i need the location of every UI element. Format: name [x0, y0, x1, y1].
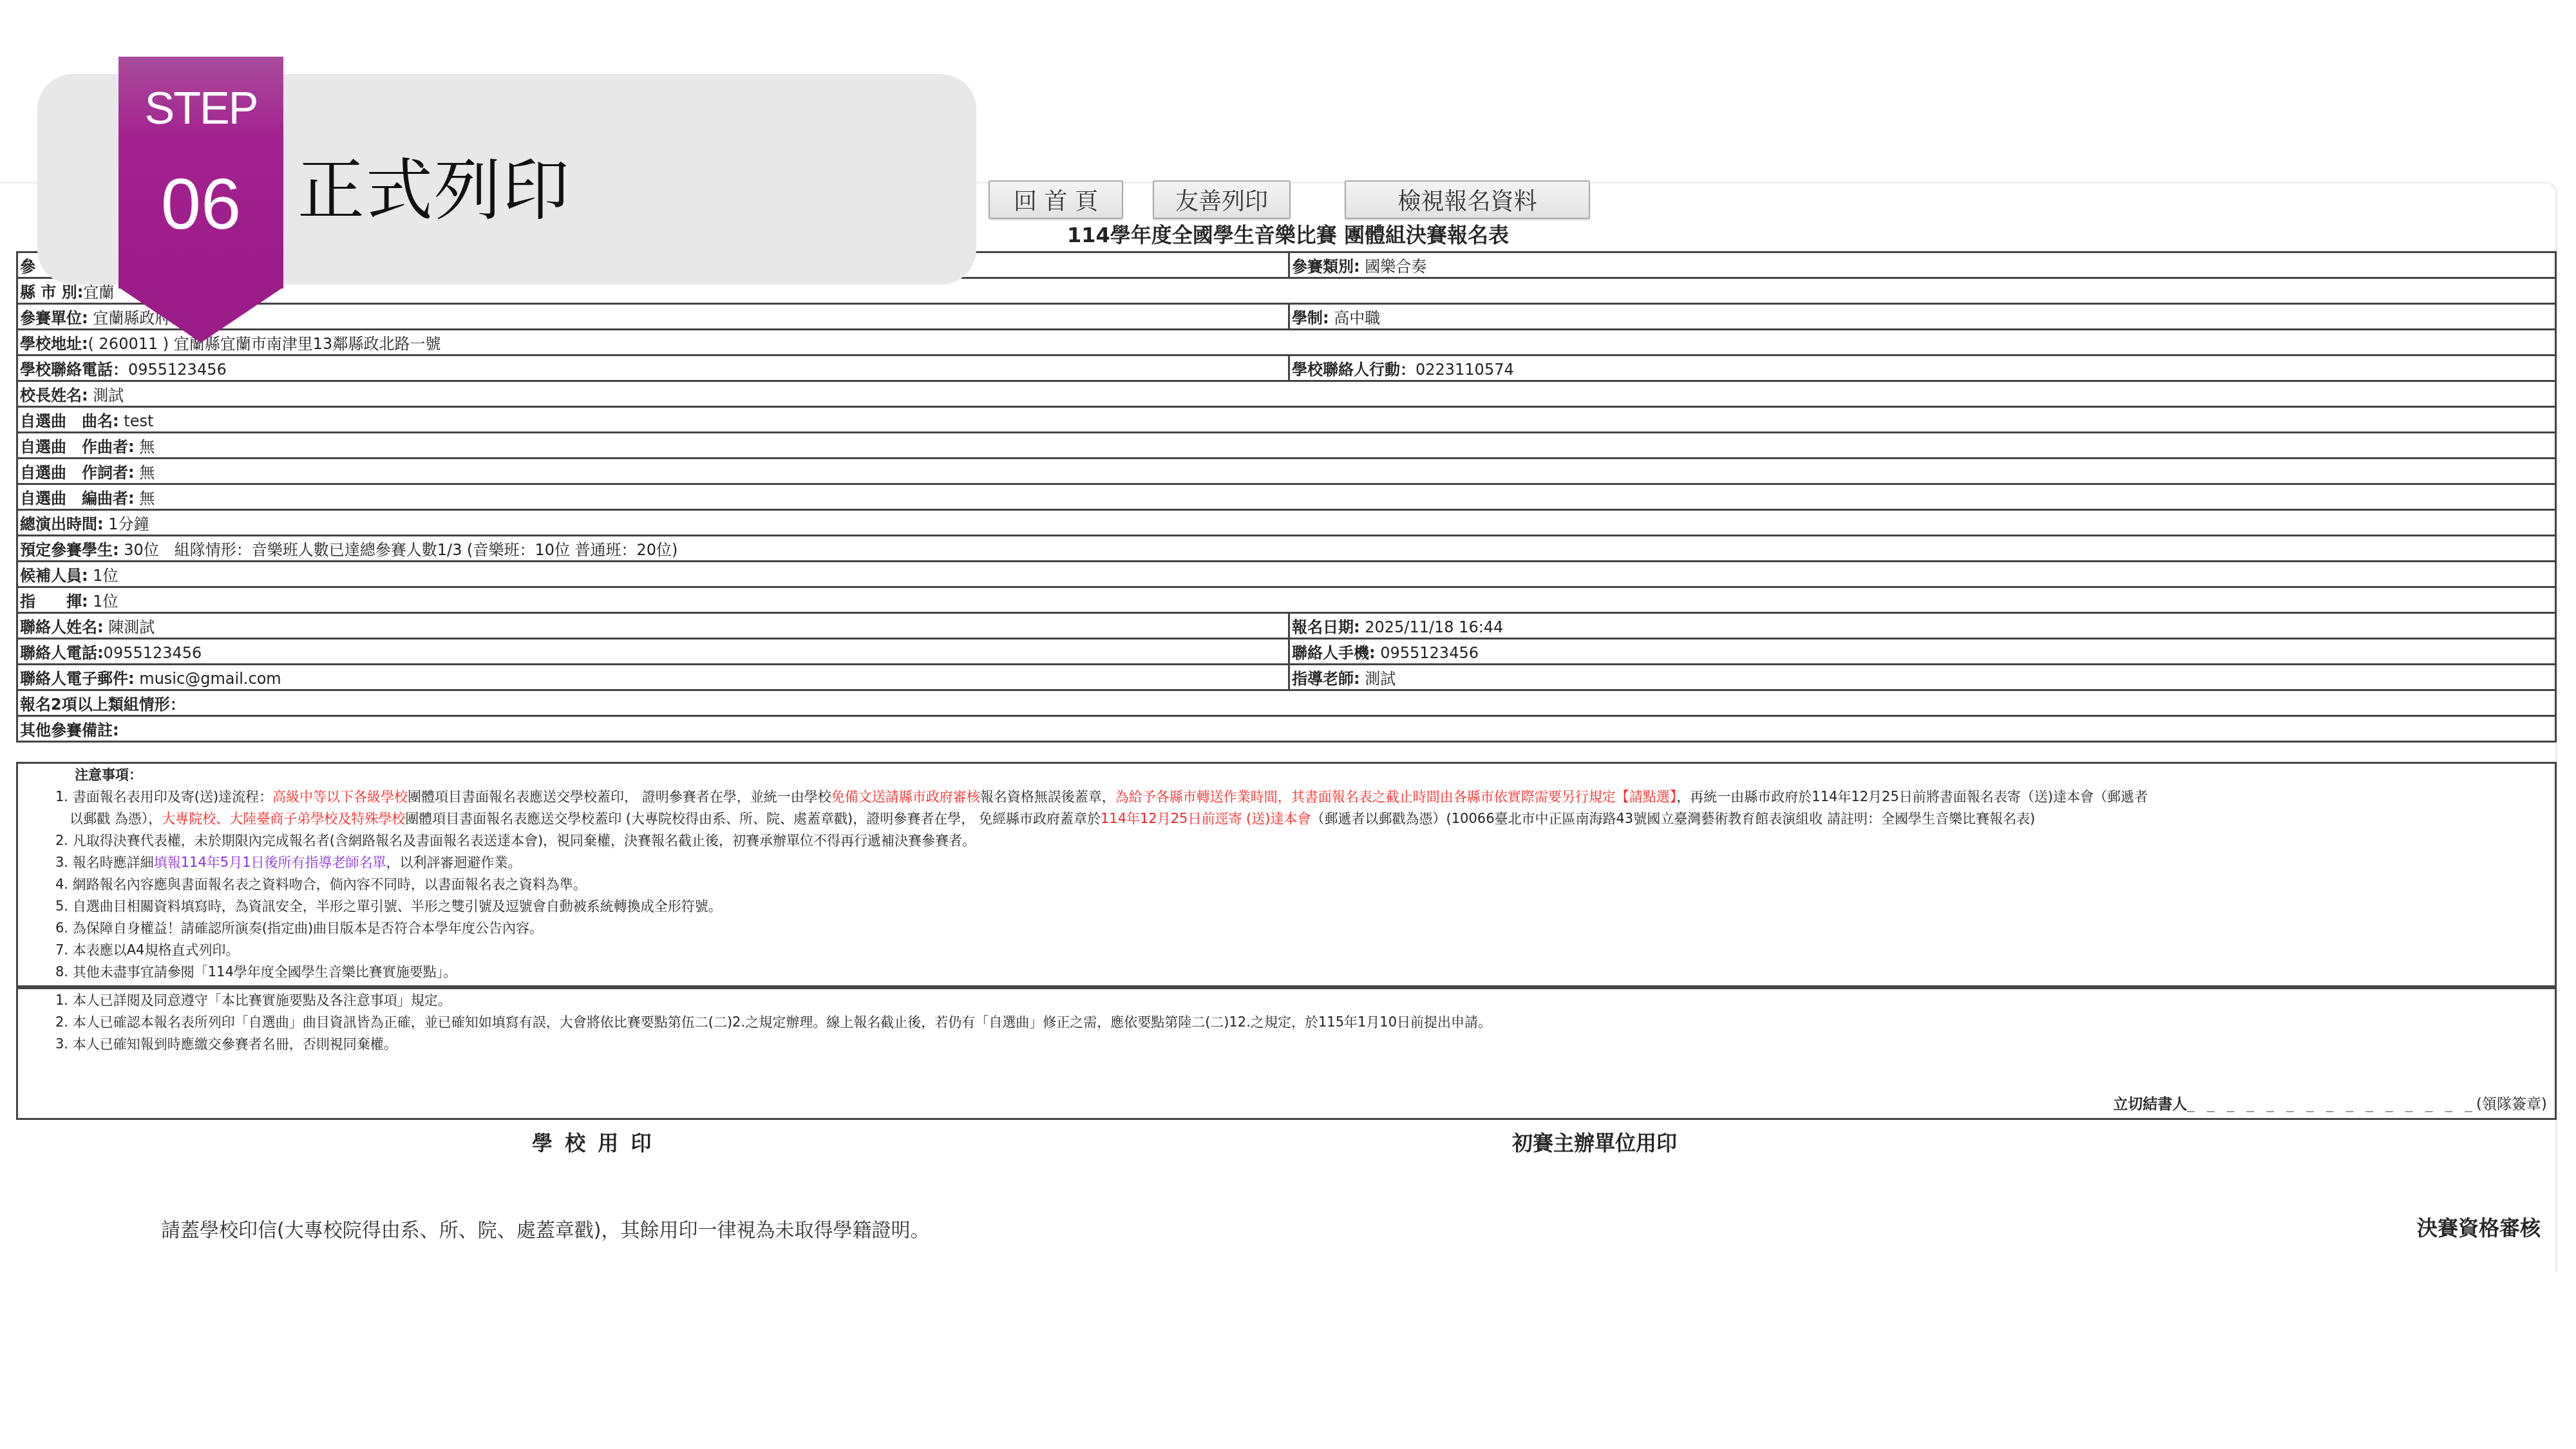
note-6: 6. 為保障自身權益！請確認所演奏(指定曲)曲目版本是否符合本學年度公告內容。	[18, 917, 2555, 939]
view-registration-button[interactable]: 檢視報名資料	[1345, 180, 1590, 219]
table-row: 自選曲 作詞者: 無	[17, 459, 2556, 484]
home-button[interactable]: 回 首 頁	[989, 180, 1123, 219]
organizer-seal-label: 初賽主辦單位用印	[1512, 1127, 1677, 1157]
pledge-3: 3. 本人已確知報到時應繳交參賽者名冊，否則視同棄權。	[18, 1033, 2555, 1055]
deadline-link[interactable]: 為給予各縣市轉送作業時間，其書面報名表之截止時間由各縣市依實際需要另行規定【請點…	[1115, 789, 1677, 804]
table-row: 聯絡人電子郵件: music@gmail.com 指導老師: 測試	[17, 665, 2556, 690]
table-row: 其他參賽備註:	[17, 716, 2556, 742]
school-seal-label: 學 校 用 印	[532, 1127, 654, 1157]
final-review-label: 決賽資格審核	[2417, 1212, 2541, 1242]
note-1-continued: 以郵戳 為憑），大專院校、大陸臺商子弟學校及特殊學校團體項目書面報名表應送交學校…	[18, 808, 2555, 829]
seal-note: 請蓋學校印信(大專校院得由系、所、院、處蓋章戳)，其餘用印一律視為未取得學籍證明…	[161, 1214, 929, 1242]
alternates-cell: 候補人員: 1位	[17, 562, 2556, 587]
note-4: 4. 網路報名內容應與書面報名表之資料吻合，倘內容不同時，以書面報名表之資料為準…	[18, 873, 2555, 895]
notes-heading: 注意事項：	[18, 764, 2555, 786]
friendly-print-button[interactable]: 友善列印	[1153, 180, 1291, 219]
note-2: 2. 凡取得決賽代表權，未於期限內完成報名者(含網路報名及書面報名表送達本會)，…	[18, 829, 2555, 851]
pledge-section: 1. 本人已詳閱及同意遵守「本比賽實施要點及各注意事項」規定。 2. 本人已確認…	[16, 985, 2557, 1120]
remarks-cell: 其他參賽備註:	[17, 716, 2556, 742]
table-row: 預定參賽學生: 30位 組隊情形：音樂班人數已達總參賽人數1/3 (音樂班：10…	[17, 536, 2556, 562]
table-row: 聯絡人姓名: 陳測試 報名日期: 2025/11/18 16:44	[17, 613, 2556, 639]
table-row: 總演出時間: 1分鐘	[17, 510, 2556, 536]
step-number: 06	[118, 162, 283, 245]
category-cell: 參賽類別: 國樂合奏	[1289, 252, 2556, 278]
step-ribbon-arrow-icon	[118, 287, 283, 343]
note-7: 7. 本表應以A4規格直式列印。	[18, 939, 2555, 961]
composer-cell: 自選曲 作曲者: 無	[17, 433, 2556, 459]
note-8: 8. 其他未盡事宜請參閱「114學年度全國學生音樂比賽實施要點」。	[18, 961, 2555, 983]
table-row: 自選曲 作曲者: 無	[17, 433, 2556, 459]
table-row: 指 揮: 1位	[17, 587, 2556, 613]
song-name-cell: 自選曲 曲名: test	[17, 407, 2556, 433]
contact-phone-cell: 聯絡人電話:0955123456	[17, 639, 1289, 665]
table-row: 校長姓名: 測試	[17, 381, 2556, 407]
table-row: 聯絡人電話:0955123456 聯絡人手機: 0955123456	[17, 639, 2556, 665]
school-phone-cell: 學校聯絡電話：0955123456	[17, 355, 1289, 381]
table-row: 報名2項以上類組情形：	[17, 690, 2556, 716]
pledge-1: 1. 本人已詳閱及同意遵守「本比賽實施要點及各注意事項」規定。	[18, 989, 2555, 1011]
registration-table: 參 參賽類別: 國樂合奏 縣 市 別:宜蘭 參賽單位: 宜蘭縣政府教育處 學制:…	[16, 251, 2557, 743]
signature-line: 立切結書人_ _ _ _ _ _ _ _ _ _ _ _ _ _ _(領隊簽章)	[2113, 1094, 2547, 1115]
contact-mobile-cell: 聯絡人手機: 0955123456	[1289, 639, 2556, 665]
school-contact-mobile-cell: 學校聯絡人行動：0223110574	[1289, 355, 2556, 381]
step-label: STEP	[118, 82, 283, 134]
table-row: 參賽單位: 宜蘭縣政府教育處 學制: 高中職	[17, 304, 2556, 330]
principal-cell: 校長姓名: 測試	[17, 381, 2556, 407]
arranger-cell: 自選曲 編曲者: 無	[17, 484, 2556, 510]
table-row: 自選曲 曲名: test	[17, 407, 2556, 433]
pledge-2: 2. 本人已確認本報名表所列印「自選曲」曲目資訊皆為正確，並已確知如填寫有誤，大…	[18, 1011, 2555, 1033]
note-5: 5. 自選曲目相關資料填寫時，為資訊安全，半形之單引號、半形之雙引號及逗號會自動…	[18, 895, 2555, 917]
duration-cell: 總演出時間: 1分鐘	[17, 510, 2556, 536]
lyricist-cell: 自選曲 作詞者: 無	[17, 459, 2556, 484]
conductor-cell: 指 揮: 1位	[17, 587, 2556, 613]
reg-date-cell: 報名日期: 2025/11/18 16:44	[1289, 613, 2556, 639]
students-cell: 預定參賽學生: 30位 組隊情形：音樂班人數已達總參賽人數1/3 (音樂班：10…	[17, 536, 2556, 562]
contact-name-cell: 聯絡人姓名: 陳測試	[17, 613, 1289, 639]
table-row: 學校地址:( 260011 ) 宜蘭縣宜蘭市南津里13鄰縣政北路一號	[17, 330, 2556, 355]
step-title: 正式列印	[298, 137, 571, 233]
multi-group-cell: 報名2項以上類組情形：	[17, 690, 2556, 716]
address-cell: 學校地址:( 260011 ) 宜蘭縣宜蘭市南津里13鄰縣政北路一號	[17, 330, 2556, 355]
notes-section: 注意事項： 1. 書面報名表用印及寄(送)達流程：高級中等以下各級學校團體項目書…	[16, 762, 2557, 988]
contact-email-cell: 聯絡人電子郵件: music@gmail.com	[17, 665, 1289, 690]
table-row: 候補人員: 1位	[17, 562, 2556, 587]
note-1: 1. 書面報名表用印及寄(送)達流程：高級中等以下各級學校團體項目書面報名表應送…	[18, 786, 2555, 808]
table-row: 學校聯絡電話：0955123456 學校聯絡人行動：0223110574	[17, 355, 2556, 381]
table-row: 自選曲 編曲者: 無	[17, 484, 2556, 510]
teacher-cell: 指導老師: 測試	[1289, 665, 2556, 690]
note-3: 3. 報名時應詳細填報114年5月1日後所有指導老師名單，以利評審迴避作業。	[18, 851, 2555, 873]
school-system-cell: 學制: 高中職	[1289, 304, 2556, 330]
